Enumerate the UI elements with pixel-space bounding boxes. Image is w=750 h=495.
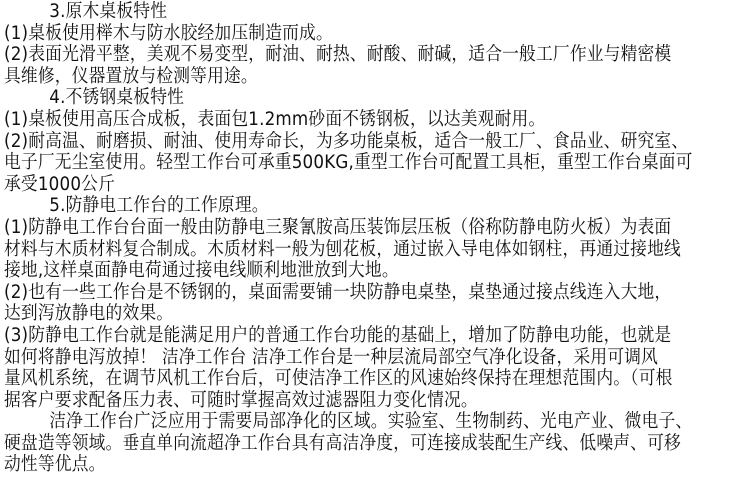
paragraph-line: (2)耐高温、耐磨损、耐油、使用寿命长，为多功能桌板，适合一般工厂、食品业、研究… xyxy=(4,131,746,153)
paragraph-line: 量风机系统，在调节风机工作台后，可使洁净工作区的风速始终保持在理想范围内。（可根 xyxy=(4,368,746,390)
section-heading-5: 5.防静电工作台的工作原理。 xyxy=(4,195,746,217)
paragraph-line: 动性等优点。 xyxy=(4,454,746,476)
paragraph-line: (1)防静电工作台台面一般由防静电三聚氰胺高压装饰层压板（俗称防静电防火板）为表… xyxy=(4,217,746,239)
section-heading-4: 4.不锈钢桌板特性 xyxy=(4,87,746,109)
paragraph-line: (2)也有一些工作台是不锈钢的，桌面需要铺一块防静电桌垫，桌垫通过接点线连入大地… xyxy=(4,282,746,304)
section-heading-3: 3.原木桌板特性 xyxy=(4,1,746,23)
paragraph-line: 据客户要求配备压力表、可随时掌握高效过滤器阻力变化情况。 xyxy=(4,390,746,412)
paragraph-line: (1)桌板使用高压合成板，表面包1.2mm砂面不锈钢板，以达美观耐用。 xyxy=(4,109,746,131)
paragraph-line: 材料与木质材料复合制成。木质材料一般为刨花板，通过嵌入导电体如钢柱，再通过接地线 xyxy=(4,239,746,261)
paragraph-line: (1)桌板使用榉木与防水胶经加压制造而成。 xyxy=(4,23,746,45)
paragraph-line: 具维修，仪器置放与检测等用途。 xyxy=(4,66,746,88)
paragraph-line: 接地,这样桌面静电荷通过接电线顺利地泄放到大地。 xyxy=(4,260,746,282)
paragraph-line: (3)防静电工作台就是能满足用户的普通工作台功能的基础上，增加了防静电功能，也就… xyxy=(4,325,746,347)
paragraph-line: 达到泻放静电的效果。 xyxy=(4,303,746,325)
paragraph-line: 硬盘造等领域。垂直单向流超净工作台具有高洁净度，可连接成装配生产线、低噪声、可移 xyxy=(4,433,746,455)
paragraph-line: 如何将静电泻放掉！ 洁净工作台 洁净工作台是一种层流局部空气净化设备，采用可调风 xyxy=(4,347,746,369)
paragraph-line: 洁净工作台广泛应用于需要局部净化的区域。实验室、生物制药、光电产业、微电子、 xyxy=(4,411,746,433)
document-body: 3.原木桌板特性 (1)桌板使用榉木与防水胶经加压制造而成。 (2)表面光滑平整… xyxy=(4,1,746,476)
paragraph-line: 电子厂无尘室使用。轻型工作台可承重500KG,重型工作台可配置工具柜，重型工作台… xyxy=(4,152,746,174)
paragraph-line: 承受1000公斤 xyxy=(4,174,746,196)
paragraph-line: (2)表面光滑平整，美观不易变型，耐油、耐热、耐酸、耐碱，适合一般工厂作业与精密… xyxy=(4,44,746,66)
